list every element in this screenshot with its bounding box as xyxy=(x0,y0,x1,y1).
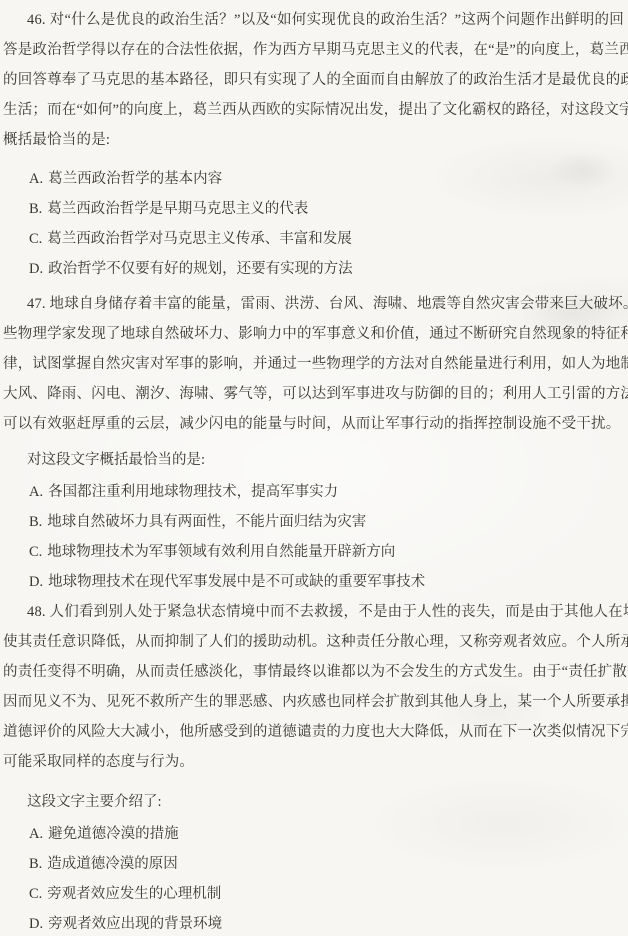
option-text: 政治哲学不仅要有好的规划，还要有实现的方法 xyxy=(48,261,353,277)
stem-line: 因而见义不为、见死不救所产生的罪恶感、内疚感也同样会扩散到其他人身上，某一个人所… xyxy=(3,687,624,717)
option-label: D. xyxy=(29,261,43,277)
option-text: 旁观者效应出现的背景环境 xyxy=(48,916,222,932)
option-text: 旁观者效应发生的心理机制 xyxy=(47,886,221,902)
option-text: 葛兰西政治哲学的基本内容 xyxy=(48,171,222,187)
option-text: 地球物理技术为军事领域有效利用自然能量开辟新方向 xyxy=(47,544,395,560)
option-text: 各国都注重利用地球物理技术，提高军事实力 xyxy=(48,484,338,500)
stem-line: 48. 人们看到别人处于紧急状态情境中而不去救援，不是由于人性的丧失，而是由于其… xyxy=(3,597,624,627)
stem-line: 可能采取同样的态度与行为。 xyxy=(3,747,624,777)
question-47-prompt: 对这段文字概括最恰当的是: xyxy=(3,445,624,475)
question-47-option-a: A.各国都注重利用地球物理技术，提高军事实力 xyxy=(3,477,624,507)
exam-page: 46. 对“什么是优良的政治生活？”以及“如何实现优良的政治生活？”这两个问题作… xyxy=(0,0,628,936)
stem-line: 使其责任意识降低，从而抑制了人们的援助动机。这种责任分散心理，又称旁观者效应。个… xyxy=(3,627,624,657)
option-text: 避免道德冷漠的措施 xyxy=(48,826,179,842)
question-46-option-b: B.葛兰西政治哲学是早期马克思主义的代表 xyxy=(3,194,624,224)
question-48-option-d: D.旁观者效应出现的背景环境 xyxy=(3,909,624,936)
question-46-option-a: A.葛兰西政治哲学的基本内容 xyxy=(3,164,624,194)
option-text: 地球自然破坏力具有两面性，不能片面归结为灾害 xyxy=(47,514,366,530)
option-label: C. xyxy=(29,544,42,560)
option-label: D. xyxy=(29,916,43,932)
stem-line: 可以有效驱赶厚重的云层，减少闪电的能量与时间，从而让军事行动的指挥控制设施不受干… xyxy=(3,409,624,439)
option-label: B. xyxy=(29,201,42,217)
option-label: C. xyxy=(29,886,42,902)
option-label: A. xyxy=(29,826,43,842)
stem-line: 的回答尊奉了马克思的基本路径，即只有实现了人的全面而自由解放了的政治生活才是最优… xyxy=(3,65,624,95)
option-label: A. xyxy=(29,171,43,187)
question-47-option-b: B.地球自然破坏力具有两面性，不能片面归结为灾害 xyxy=(3,507,624,537)
question-47-option-c: C.地球物理技术为军事领域有效利用自然能量开辟新方向 xyxy=(3,537,624,567)
stem-line: 47. 地球自身储存着丰富的能量，雷雨、洪涝、台风、海啸、地震等自然灾害会带来巨… xyxy=(3,289,624,319)
stem-line: 生活；而在“如何”的向度上，葛兰西从西欧的实际情况出发，提出了文化霸权的路径，对… xyxy=(3,95,624,125)
question-48-option-a: A.避免道德冷漠的措施 xyxy=(3,819,624,849)
option-label: A. xyxy=(29,484,43,500)
question-47-options: A.各国都注重利用地球物理技术，提高军事实力 B.地球自然破坏力具有两面性，不能… xyxy=(3,477,624,597)
question-46-option-c: C.葛兰西政治哲学对马克思主义传承、丰富和发展 xyxy=(3,224,624,254)
option-label: C. xyxy=(29,231,42,247)
question-48-option-b: B.造成道德冷漠的原因 xyxy=(3,849,624,879)
question-46-options: A.葛兰西政治哲学的基本内容 B.葛兰西政治哲学是早期马克思主义的代表 C.葛兰… xyxy=(3,164,624,284)
question-48-options: A.避免道德冷漠的措施 B.造成道德冷漠的原因 C.旁观者效应发生的心理机制 D… xyxy=(3,819,624,936)
stem-line: 答是政治哲学得以存在的合法性依据，作为西方早期马克思主义的代表，在“是”的向度上… xyxy=(3,35,624,65)
stem-line: 道德评价的风险大大减小，他所感受到的道德谴责的力度也大大降低，从而在下一次类似情… xyxy=(3,717,624,747)
question-48-stem: 48. 人们看到别人处于紧急状态情境中而不去救援，不是由于人性的丧失，而是由于其… xyxy=(3,597,624,777)
option-label: B. xyxy=(29,514,42,530)
stem-line: 的责任变得不明确，从而责任感淡化，事情最终以谁都以为不会发生的方式发生。由于“责… xyxy=(3,657,624,687)
question-47: 47. 地球自身储存着丰富的能量，雷雨、洪涝、台风、海啸、地震等自然灾害会带来巨… xyxy=(3,289,624,597)
stem-line: 概括最恰当的是: xyxy=(3,125,624,155)
option-text: 葛兰西政治哲学是早期马克思主义的代表 xyxy=(47,201,308,217)
question-48-option-c: C.旁观者效应发生的心理机制 xyxy=(3,879,624,909)
question-46-stem: 46. 对“什么是优良的政治生活？”以及“如何实现优良的政治生活？”这两个问题作… xyxy=(3,5,624,155)
option-text: 葛兰西政治哲学对马克思主义传承、丰富和发展 xyxy=(47,231,352,247)
stem-line: 46. 对“什么是优良的政治生活？”以及“如何实现优良的政治生活？”这两个问题作… xyxy=(3,5,624,35)
question-48: 48. 人们看到别人处于紧急状态情境中而不去救援，不是由于人性的丧失，而是由于其… xyxy=(3,597,624,936)
stem-line: 些物理学家发现了地球自然破坏力、影响力中的军事意义和价值，通过不断研究自然现象的… xyxy=(3,319,624,349)
stem-line: 律，试图掌握自然灾害对军事的影响，并通过一些物理学的方法对自然能量进行利用，如人… xyxy=(3,349,624,379)
question-47-option-d: D.地球物理技术在现代军事发展中是不可或缺的重要军事技术 xyxy=(3,567,624,597)
option-label: B. xyxy=(29,856,42,872)
question-47-stem: 47. 地球自身储存着丰富的能量，雷雨、洪涝、台风、海啸、地震等自然灾害会带来巨… xyxy=(3,289,624,439)
question-48-prompt: 这段文字主要介绍了: xyxy=(3,787,624,817)
option-text: 造成道德冷漠的原因 xyxy=(47,856,178,872)
option-text: 地球物理技术在现代军事发展中是不可或缺的重要军事技术 xyxy=(48,574,425,590)
stem-line: 大风、降雨、闪电、潮汐、海啸、雾气等，可以达到军事进攻与防御的目的；利用人工引雷… xyxy=(3,379,624,409)
question-46: 46. 对“什么是优良的政治生活？”以及“如何实现优良的政治生活？”这两个问题作… xyxy=(3,5,624,284)
option-label: D. xyxy=(29,574,43,590)
question-46-option-d: D.政治哲学不仅要有好的规划，还要有实现的方法 xyxy=(3,254,624,284)
